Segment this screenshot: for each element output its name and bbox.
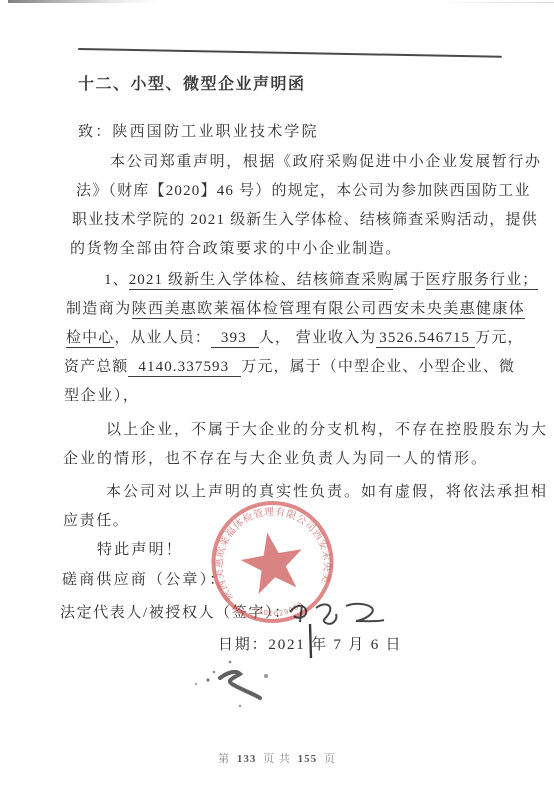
- scan-artifact-top-right: [434, 2, 554, 3]
- para2-l2-prefix: 制造商为: [66, 301, 132, 317]
- procurement-name-underlined: 2021 级新生入学体检、结核筛查采购: [129, 272, 394, 290]
- ink-smudge-icon: [170, 650, 320, 720]
- footer-suffix: 页: [324, 753, 336, 765]
- revenue-label: 人， 营业收入为: [259, 330, 377, 346]
- staff-label: ，从业人员：: [114, 330, 211, 346]
- assets-value-underlined: 4140.337593: [128, 359, 241, 377]
- para2-line2: 制造商为陕西美惠欧莱福体检管理有限公司西安未央美惠健康体: [66, 297, 525, 318]
- para2-l1-prefix: 1、: [104, 272, 129, 288]
- page-title: 十二、小型、微型企业声明函: [78, 71, 306, 94]
- footer-page-number: 133: [237, 753, 257, 765]
- para1-line4: 的货物全部由符合政策要求的中小企业制造。: [70, 237, 402, 258]
- para4-line1: 本公司对以上声明的真实性负责。如有虚假，将依法承担相: [106, 480, 548, 501]
- revenue-unit: 万元，: [475, 330, 523, 346]
- para1-line1: 本公司郑重声明，根据《政府采购促进中小企业发展暂行办: [110, 150, 542, 171]
- seal-star-icon: [237, 527, 309, 596]
- para2-line4: 资产总额4140.337593万元，属于（中型企业、小型企业、微: [64, 355, 515, 376]
- greeting-line: 致：陕西国防工业职业技术学院: [78, 120, 319, 141]
- para2-l1-mid: 属于: [393, 272, 425, 288]
- para3-line1: 以上企业，不属于大企业的分支机构，不存在控股股东为大: [106, 418, 548, 439]
- header-rule: [78, 48, 502, 58]
- footer-prefix: 第: [218, 753, 230, 765]
- para3-line2: 企业的情形，也不存在与大企业负责人为同一人的情形。: [63, 447, 488, 468]
- ink-smudge: [170, 650, 320, 720]
- footer-total-pages: 155: [298, 753, 318, 765]
- para2-line3: 检中心，从业人员：393人， 营业收入为3526.546715万元，: [66, 326, 523, 347]
- para2-line5: 型企业），: [64, 384, 140, 405]
- assets-label: 资产总额: [64, 359, 128, 375]
- para1-line2: 法》（财库【2020】46 号）的规定，本公司为参加陕西国防工业: [76, 179, 531, 200]
- para4-line2: 应责任。: [63, 509, 129, 530]
- scanned-declaration-page: 十二、小型、微型企业声明函 致：陕西国防工业职业技术学院 本公司郑重声明，根据《…: [0, 0, 554, 790]
- manufacturer-underlined: 陕西美惠欧莱福体检管理有限公司西安未央美惠健康体: [132, 301, 526, 319]
- page-footer: 第 133 页 共 155 页: [0, 750, 554, 766]
- footer-mid: 页 共: [263, 753, 291, 765]
- supplier-seal-label: 磋商供应商（公章）：: [62, 568, 227, 589]
- closing-statement: 特此声明！: [97, 538, 183, 559]
- industry-underlined: 医疗服务行业；: [426, 272, 539, 290]
- staff-count-underlined: 393: [211, 330, 259, 348]
- para1-line3: 职业技术学院的 2021 级新生入学体检、结核筛查采购活动，提供: [72, 208, 538, 229]
- revenue-value-underlined: 3526.546715: [376, 330, 475, 348]
- para2-line1: 1、2021 级新生入学体检、结核筛查采购属于医疗服务行业；: [104, 268, 538, 289]
- enterprise-type-text: 万元，属于（中型企业、小型企业、微: [241, 359, 515, 375]
- legal-representative-label: 法定代表人/被授权人（签字）：: [60, 601, 291, 622]
- scan-artifact-top-left: [8, 0, 158, 3]
- manufacturer-underlined-cont: 检中心: [66, 330, 114, 348]
